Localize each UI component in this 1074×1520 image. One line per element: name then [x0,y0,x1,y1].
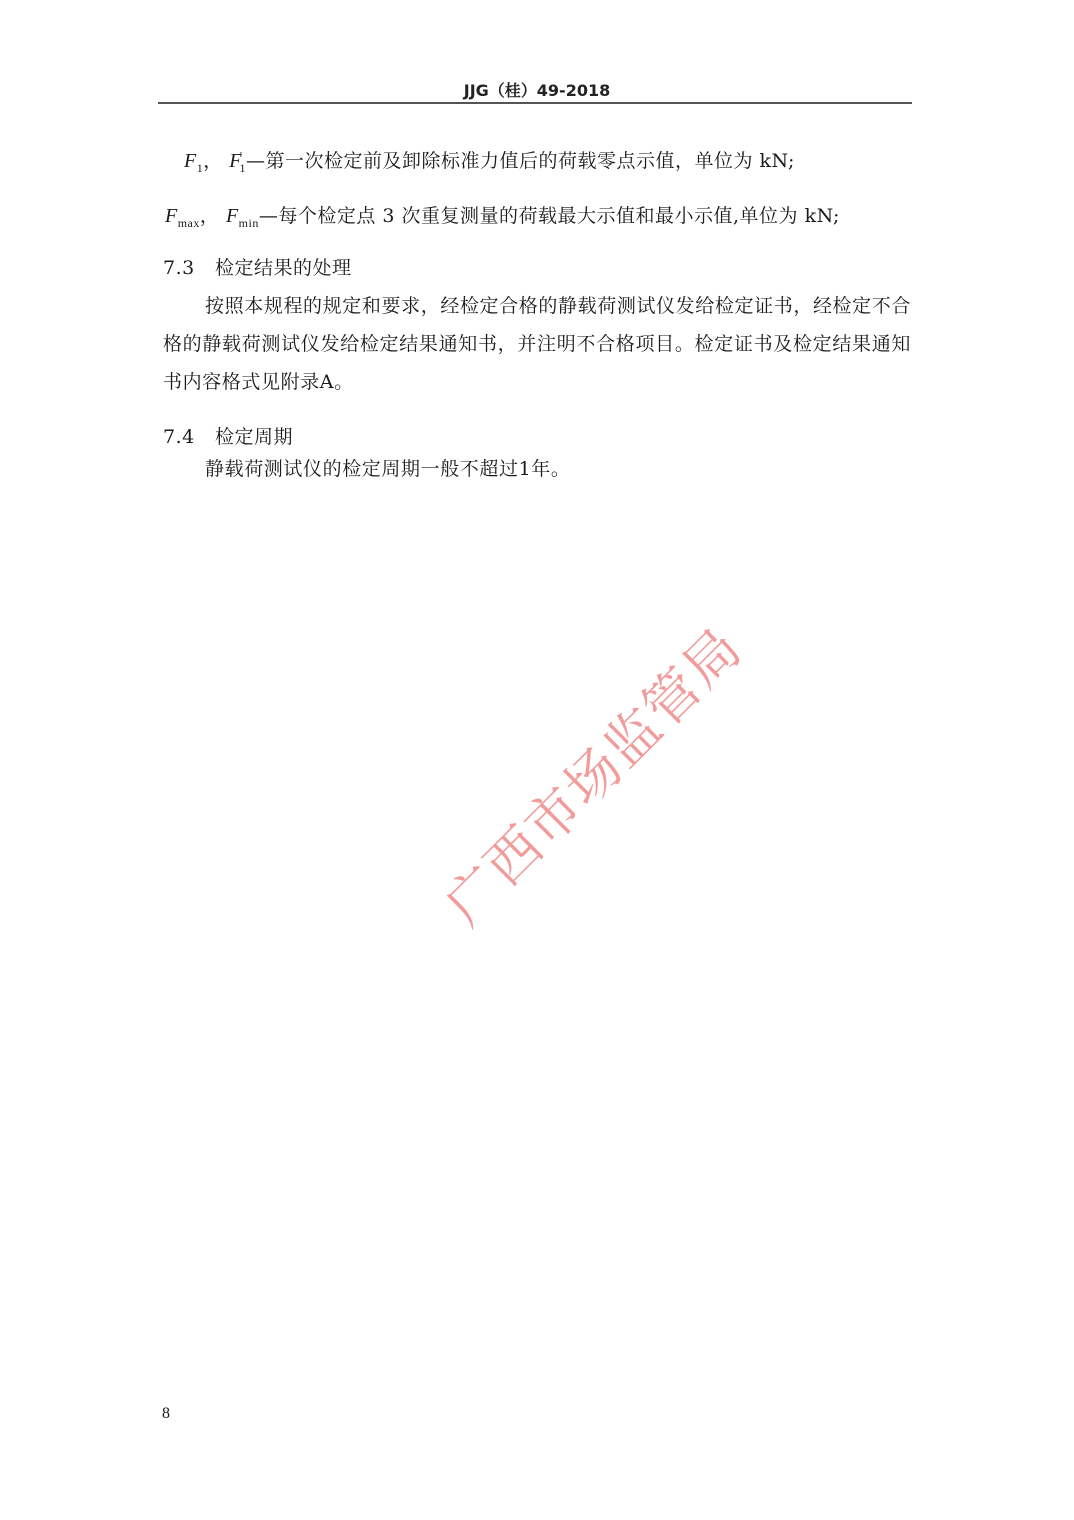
page-number: 8 [162,1405,170,1423]
section-heading-7-3: 7.3检定结果的处理 [163,253,352,280]
symbol-f: F [226,205,239,227]
separator: ， [200,205,220,227]
subscript: min [239,216,259,230]
definition-text: —第一次检定前及卸除标准力值后的荷载零点示值，单位为 kN; [246,150,795,172]
definition-fmax-fmin: Fmax， Fmin—每个检定点 3 次重复测量的荷载最大示值和最小示值,单位为… [165,201,840,231]
document-header-title: JJG（桂）49-2018 [0,78,1074,101]
symbol-f: F [184,150,197,172]
section-heading-7-4: 7.4检定周期 [163,422,293,449]
section-number: 7.4 [163,426,215,448]
symbol-f: F [165,205,178,227]
definition-f1: F1， F'1—第一次检定前及卸除标准力值后的荷载零点示值，单位为 kN; [184,146,795,176]
subscript: max [178,216,200,230]
section-body-7-3: 按照本规程的规定和要求，经检定合格的静载荷测试仪发给检定证书，经检定不合格的静载… [163,287,911,401]
section-title: 检定结果的处理 [215,257,352,279]
separator: ， [203,150,223,172]
section-body-7-4: 静载荷测试仪的检定周期一般不超过1年。 [163,450,911,488]
header-divider [158,102,912,104]
watermark-stamp: 广西市场监管局 [425,608,757,940]
definition-text: —每个检定点 3 次重复测量的荷载最大示值和最小示值,单位为 kN; [259,205,840,227]
section-title: 检定周期 [215,426,293,448]
section-number: 7.3 [163,257,215,279]
